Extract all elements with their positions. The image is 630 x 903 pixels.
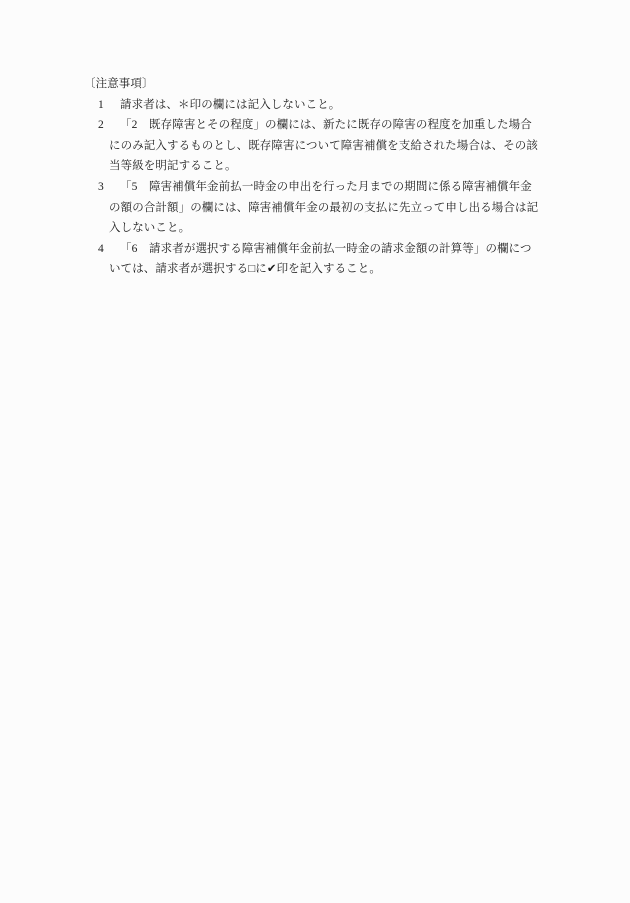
- note-item-continuation-line: 当等級を明記すること。: [84, 156, 544, 177]
- note-item-first-line: 4「6 請求者が選択する障害補償年金前払一時金の請求金額の計算等」の欄につ: [84, 239, 544, 260]
- note-number: 4: [98, 239, 120, 260]
- note-item-continuation-line: の額の合計額」の欄には、障害補償年金の最初の支払に先立って申し出る場合は記: [84, 198, 544, 219]
- notes-section: 〔注意事項〕 1請求者は、＊印の欄には記入しないこと。2「2 既存障害とその程度…: [84, 74, 544, 280]
- notes-header: 〔注意事項〕: [84, 74, 544, 95]
- note-item-continuation-line: いては、請求者が選択する□に✔印を記入すること。: [84, 259, 544, 280]
- note-text: 「5 障害補償年金前払一時金の申出を行った月までの期間に係る障害補償年金: [120, 181, 532, 193]
- notes-list: 1請求者は、＊印の欄には記入しないこと。2「2 既存障害とその程度」の欄には、新…: [84, 95, 544, 280]
- note-text: 「2 既存障害とその程度」の欄には、新たに既存の障害の程度を加重した場合: [120, 119, 532, 131]
- note-number: 3: [98, 177, 120, 198]
- note-number: 1: [98, 95, 120, 116]
- note-text: 請求者は、＊印の欄には記入しないこと。: [120, 99, 340, 111]
- note-item-first-line: 1請求者は、＊印の欄には記入しないこと。: [84, 95, 544, 116]
- note-item-first-line: 3「5 障害補償年金前払一時金の申出を行った月までの期間に係る障害補償年金: [84, 177, 544, 198]
- note-number: 2: [98, 115, 120, 136]
- note-item-continuation-line: 入しないこと。: [84, 218, 544, 239]
- note-text: 「6 請求者が選択する障害補償年金前払一時金の請求金額の計算等」の欄につ: [120, 243, 532, 255]
- note-item-continuation-line: にのみ記入するものとし、既存障害について障害補償を支給された場合は、その該: [84, 136, 544, 157]
- note-item-first-line: 2「2 既存障害とその程度」の欄には、新たに既存の障害の程度を加重した場合: [84, 115, 544, 136]
